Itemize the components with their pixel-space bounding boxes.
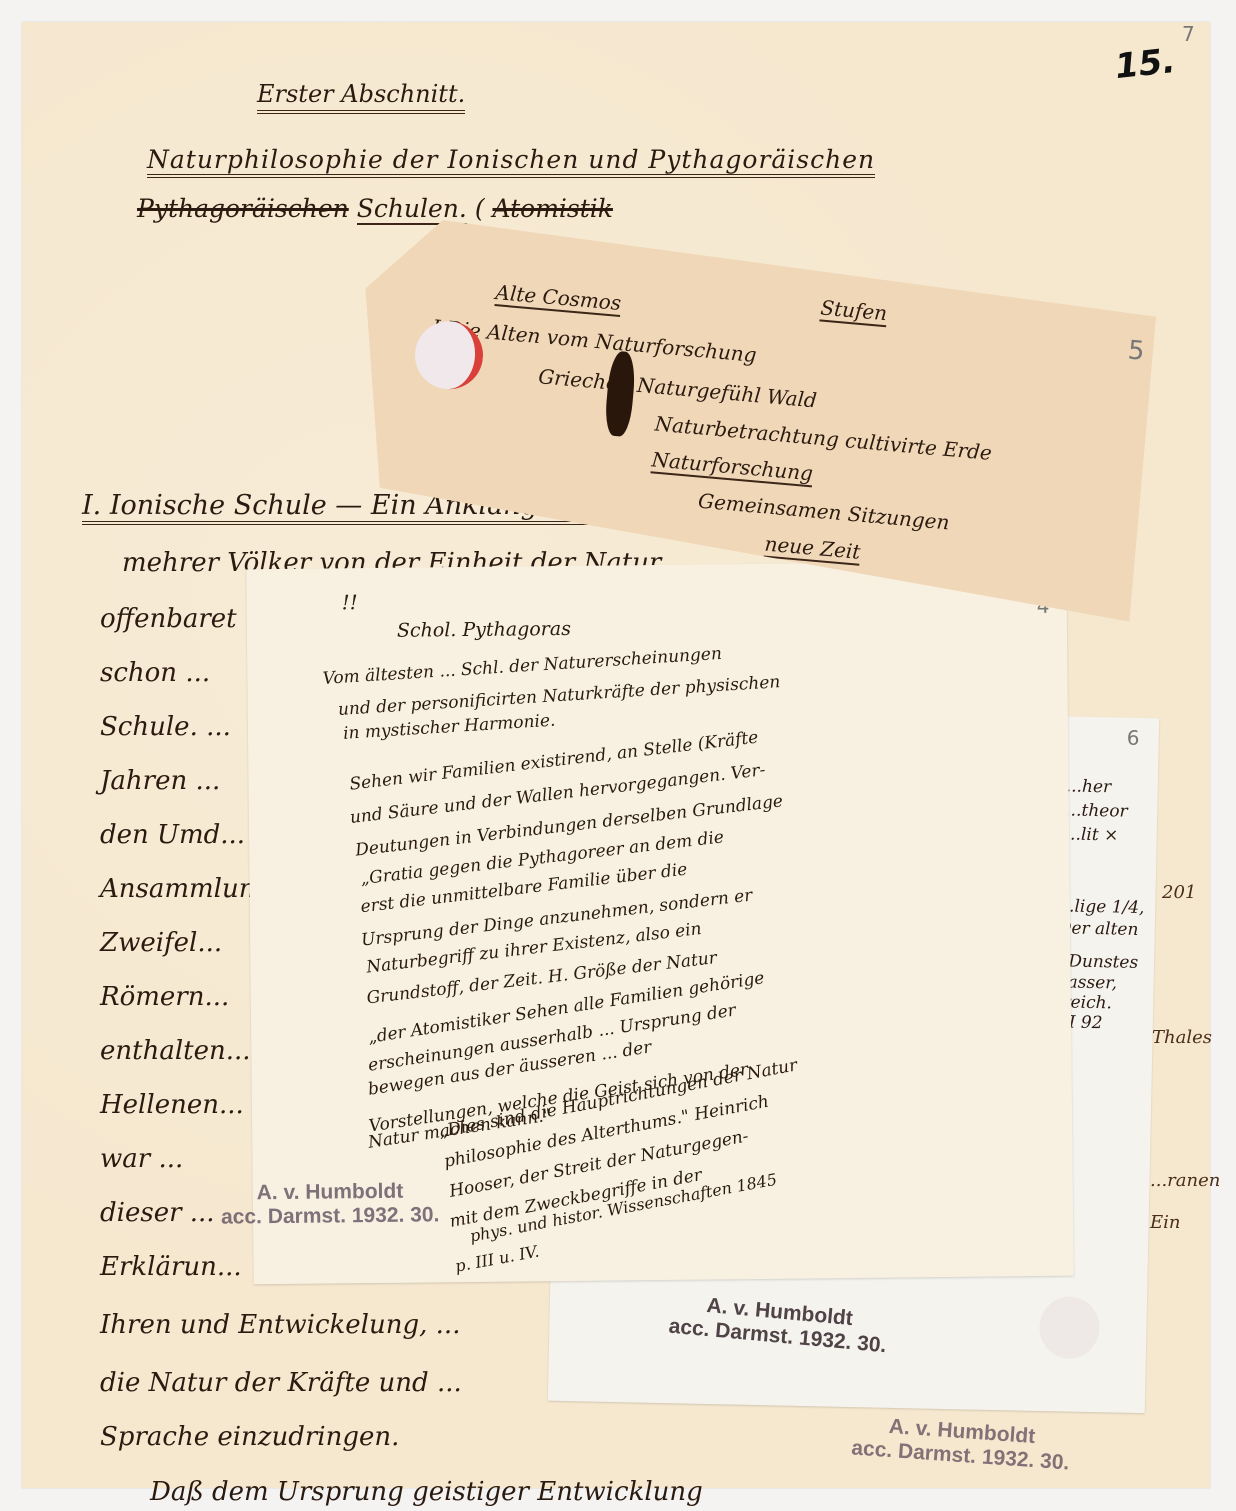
main-line: Hellenen... <box>100 1090 244 1120</box>
slip-number: 5 <box>1127 335 1146 366</box>
margin-fragment: 201 <box>1162 882 1196 903</box>
main-line: Jahren ... <box>100 766 220 796</box>
title-schulen: Schulen. <box>357 194 467 225</box>
margin-fragment: Thales <box>1152 1027 1212 1048</box>
slip-line: Alte Cosmos <box>494 280 622 317</box>
title-line-1: Naturphilosophie der Ionischen und Pytha… <box>147 145 875 178</box>
slip-line: Gemeinsamen Sitzungen <box>697 489 950 535</box>
slip-line: Naturforschung <box>650 447 813 487</box>
main-line: Schule. ... <box>100 712 231 742</box>
main-line: war ... <box>100 1144 183 1174</box>
main-line: Erklärun... <box>100 1252 242 1282</box>
margin-fragment: ...ranen <box>1150 1170 1220 1191</box>
main-line: die Natur der Kräfte und ... <box>100 1368 462 1398</box>
slip-fragment: ...theor <box>1065 800 1128 821</box>
slip-mark: !! <box>342 590 358 614</box>
title-line-2: Pythagoräischen Schulen. ( Atomistik <box>137 194 613 223</box>
slip-line: Schol. Pythagoras <box>397 618 571 642</box>
archive-stamp-slip6: A. v. Humboldt acc. Darmst. 1932. 30. <box>668 1291 890 1359</box>
main-line: Ihren und Entwickelung, ... <box>100 1310 460 1340</box>
pasted-slip-4: 4 !! Schol. Pythagoras Vom ältesten ... … <box>246 561 1073 1285</box>
main-line: den Umd... <box>100 820 245 850</box>
archive-stamp-slip4: A. v. Humboldt acc. Darmst. 1932. 30. <box>221 1179 440 1230</box>
main-line: schon ... <box>100 658 210 688</box>
margin-fragment: Ein <box>1150 1212 1181 1233</box>
slip-line: Griechen Naturgefühl Wald <box>537 364 817 412</box>
title-struck-word: Pythagoräischen <box>137 194 349 223</box>
page-number-pencil: 7 <box>1182 22 1195 46</box>
slip-number: 6 <box>1127 726 1140 750</box>
main-line: offenbaret <box>100 604 237 634</box>
main-line: Zweifel... <box>100 928 222 958</box>
main-line: enthalten... <box>100 1036 251 1066</box>
slip-fragment: ...her <box>1066 776 1112 797</box>
main-line: Sprache einzudringen. <box>100 1422 399 1452</box>
main-line: Daß dem Ursprung geistiger Entwicklung <box>150 1477 703 1507</box>
main-line: dieser ... <box>100 1198 215 1228</box>
ink-blot <box>604 350 637 437</box>
slip-line: p. III u. IV. <box>453 1242 540 1276</box>
section-heading: Erster Abschnitt. <box>257 80 465 114</box>
wax-seal-mark <box>1039 1296 1100 1359</box>
slip-fragment: ...lit × <box>1065 824 1119 845</box>
slip-line: Stufen <box>819 295 888 327</box>
title-struck-word-2: Atomistik <box>493 194 613 223</box>
main-line: Römern... <box>100 982 229 1012</box>
archive-stamp-page: A. v. Humboldt acc. Darmst. 1932. 30. <box>851 1412 1072 1475</box>
page-number-ink: 15. <box>1113 41 1177 87</box>
slip-fragment: ...lige 1/4, <box>1058 896 1145 918</box>
